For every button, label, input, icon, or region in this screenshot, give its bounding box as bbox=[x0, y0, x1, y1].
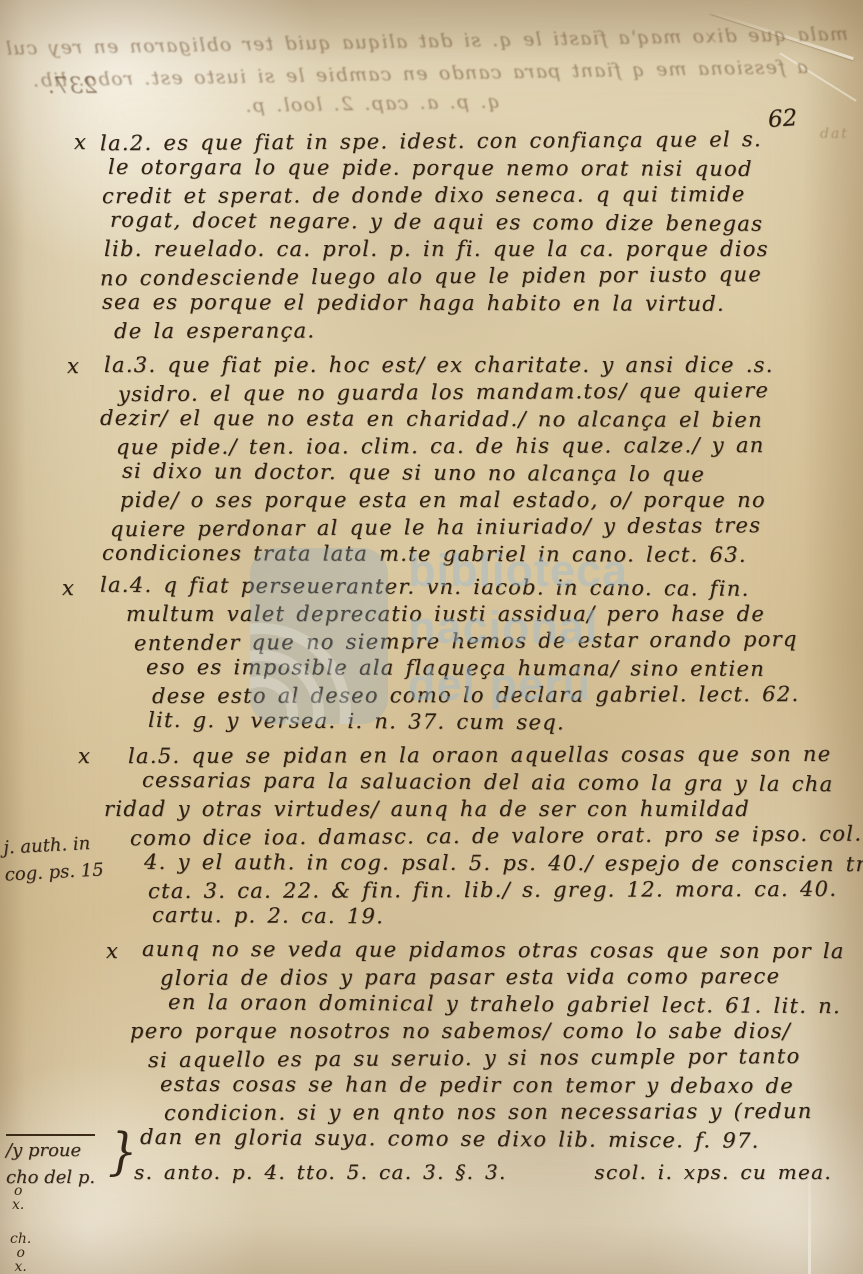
paragraph-marker: x bbox=[62, 576, 74, 600]
footer-citation-left: s. anto. p. 4. tto. 5. ca. 3. §. 3. bbox=[134, 1159, 507, 1186]
manuscript-line: dese esto al deseo como lo declara gabri… bbox=[152, 681, 832, 710]
manuscript-line: estas cosas se han de pedir con temor y … bbox=[160, 1071, 832, 1100]
manuscript-line: cartu. p. 2. ca. 19. bbox=[152, 902, 832, 933]
manuscript-line: multum valet deprecatio iusti assidua/ p… bbox=[126, 601, 832, 628]
manuscript-text: xla.2. es que fiat in spe. idest. con co… bbox=[100, 128, 832, 1186]
margin-note-line: /y proue bbox=[6, 1134, 95, 1164]
manuscript-line: quiere perdonar al que le ha iniuriado/ … bbox=[110, 512, 832, 544]
bleedthrough-number: 237. bbox=[48, 74, 97, 99]
manuscript-line: credit et sperat. de donde dixo seneca. … bbox=[102, 181, 832, 210]
manuscript-line: lib. reuelado. ca. prol. p. in fi. que l… bbox=[104, 236, 832, 263]
margin-note-auth: j. auth. in cog. ps. 15 bbox=[3, 829, 105, 888]
manuscript-line: que pide./ ten. ioa. clim. ca. de his qu… bbox=[116, 432, 832, 461]
margin-mark: ch. bbox=[10, 1232, 31, 1246]
manuscript-line: ysidro. el que no guarda los mandam.tos/… bbox=[118, 377, 832, 408]
manuscript-line: rogat, docet negare. y de aqui es como d… bbox=[110, 207, 832, 239]
margin-note-line: cog. ps. 15 bbox=[4, 856, 104, 888]
margin-brace: } bbox=[108, 1121, 137, 1180]
paragraph-marker: x bbox=[74, 130, 86, 154]
manuscript-line: la.5. que se pidan en la oraon aquellas … bbox=[128, 741, 832, 770]
paragraph-marker: x bbox=[106, 939, 118, 963]
manuscript-line: de la esperança. bbox=[114, 316, 832, 345]
manuscript-line: pero porque nosotros no sabemos/ como lo… bbox=[130, 1018, 832, 1045]
manuscript-line: dezir/ el que no esta en charidad./ no a… bbox=[100, 405, 832, 434]
manuscript-page: mala que dixo maq'a fiasti le q. si dat … bbox=[0, 0, 863, 1274]
margin-marks: ch. o x. bbox=[10, 1232, 31, 1274]
manuscript-line: sea es porque el pedidor haga habito en … bbox=[102, 289, 832, 318]
manuscript-line: eso es imposible ala flaqueça humana/ si… bbox=[146, 654, 832, 683]
margin-mark: o bbox=[12, 1184, 24, 1198]
paragraph: xla.4. q fiat perseueranter. vn. iacob. … bbox=[100, 574, 832, 736]
paragraph: xla.5. que se pidan en la oraon aquellas… bbox=[100, 742, 832, 931]
paragraph: xaunq no se veda que pidamos otras cosas… bbox=[100, 937, 832, 1153]
manuscript-line: la.3. que fiat pie. hoc est/ ex charitat… bbox=[104, 352, 832, 379]
margin-mark: x. bbox=[12, 1198, 24, 1212]
manuscript-line: la.2. es que fiat in spe. idest. con con… bbox=[100, 126, 832, 158]
manuscript-line: ridad y otras virtudes/ aunq ha de ser c… bbox=[104, 796, 832, 823]
margin-marks: o x. bbox=[12, 1184, 24, 1212]
manuscript-line: entender que no siempre hemos de estar o… bbox=[134, 626, 832, 657]
manuscript-line: la.4. q fiat perseueranter. vn. iacob. i… bbox=[100, 572, 832, 604]
manuscript-line: cessarias para la saluacion del aia como… bbox=[142, 767, 832, 798]
paragraph-marker: x bbox=[78, 744, 90, 768]
manuscript-line: como dice ioa. damasc. ca. de valore ora… bbox=[130, 821, 832, 852]
manuscript-line: lit. g. y versea. i. n. 37. cum seq. bbox=[148, 707, 832, 738]
manuscript-line: aunq no se veda que pidamos otras cosas … bbox=[142, 936, 832, 965]
manuscript-line: si aquello es pa su seruio. y si nos cum… bbox=[148, 1043, 832, 1074]
manuscript-line: dan en gloria suya. como se dixo lib. mi… bbox=[140, 1124, 832, 1155]
manuscript-line: en la oraon dominical y trahelo gabriel … bbox=[168, 989, 832, 1020]
manuscript-line: no condesciende luego alo que le piden p… bbox=[100, 261, 832, 293]
paragraph-marker: x bbox=[67, 354, 79, 378]
bleedthrough-line: mala que dixo maq'a fiasti le q. si dat … bbox=[40, 23, 848, 59]
paragraph: xla.3. que fiat pie. hoc est/ ex charita… bbox=[100, 352, 832, 568]
bleedthrough-line: q. p. a. cap. 2. lool. p. bbox=[330, 91, 500, 116]
margin-mark: o bbox=[10, 1246, 31, 1260]
manuscript-line: cta. 3. ca. 22. & fin. fin. lib./ s. gre… bbox=[148, 876, 832, 905]
manuscript-line: gloria de dios y para pasar esta vida co… bbox=[160, 963, 832, 992]
manuscript-line: pide/ o ses porque esta en mal estado, o… bbox=[120, 487, 832, 514]
footer-citation-right: scol. i. xps. cu mea. bbox=[594, 1159, 832, 1186]
manuscript-line: 4. y el auth. in cog. psal. 5. ps. 40./ … bbox=[144, 849, 832, 878]
margin-mark: x. bbox=[10, 1260, 31, 1274]
paragraph: xla.2. es que fiat in spe. idest. con co… bbox=[100, 128, 832, 344]
footer-row: s. anto. p. 4. tto. 5. ca. 3. §. 3.scol.… bbox=[100, 1159, 832, 1186]
bleedthrough-line: a fessiona me q fiant para cando en camb… bbox=[118, 56, 808, 90]
manuscript-line: condiciones trata lata m.te gabriel in c… bbox=[102, 540, 832, 569]
manuscript-line: le otorgara lo que pide. porque nemo ora… bbox=[108, 154, 832, 183]
manuscript-line: condicion. si y en qnto nos son necessar… bbox=[164, 1098, 832, 1127]
manuscript-line: si dixo un doctor. que si uno no alcança… bbox=[122, 458, 832, 489]
